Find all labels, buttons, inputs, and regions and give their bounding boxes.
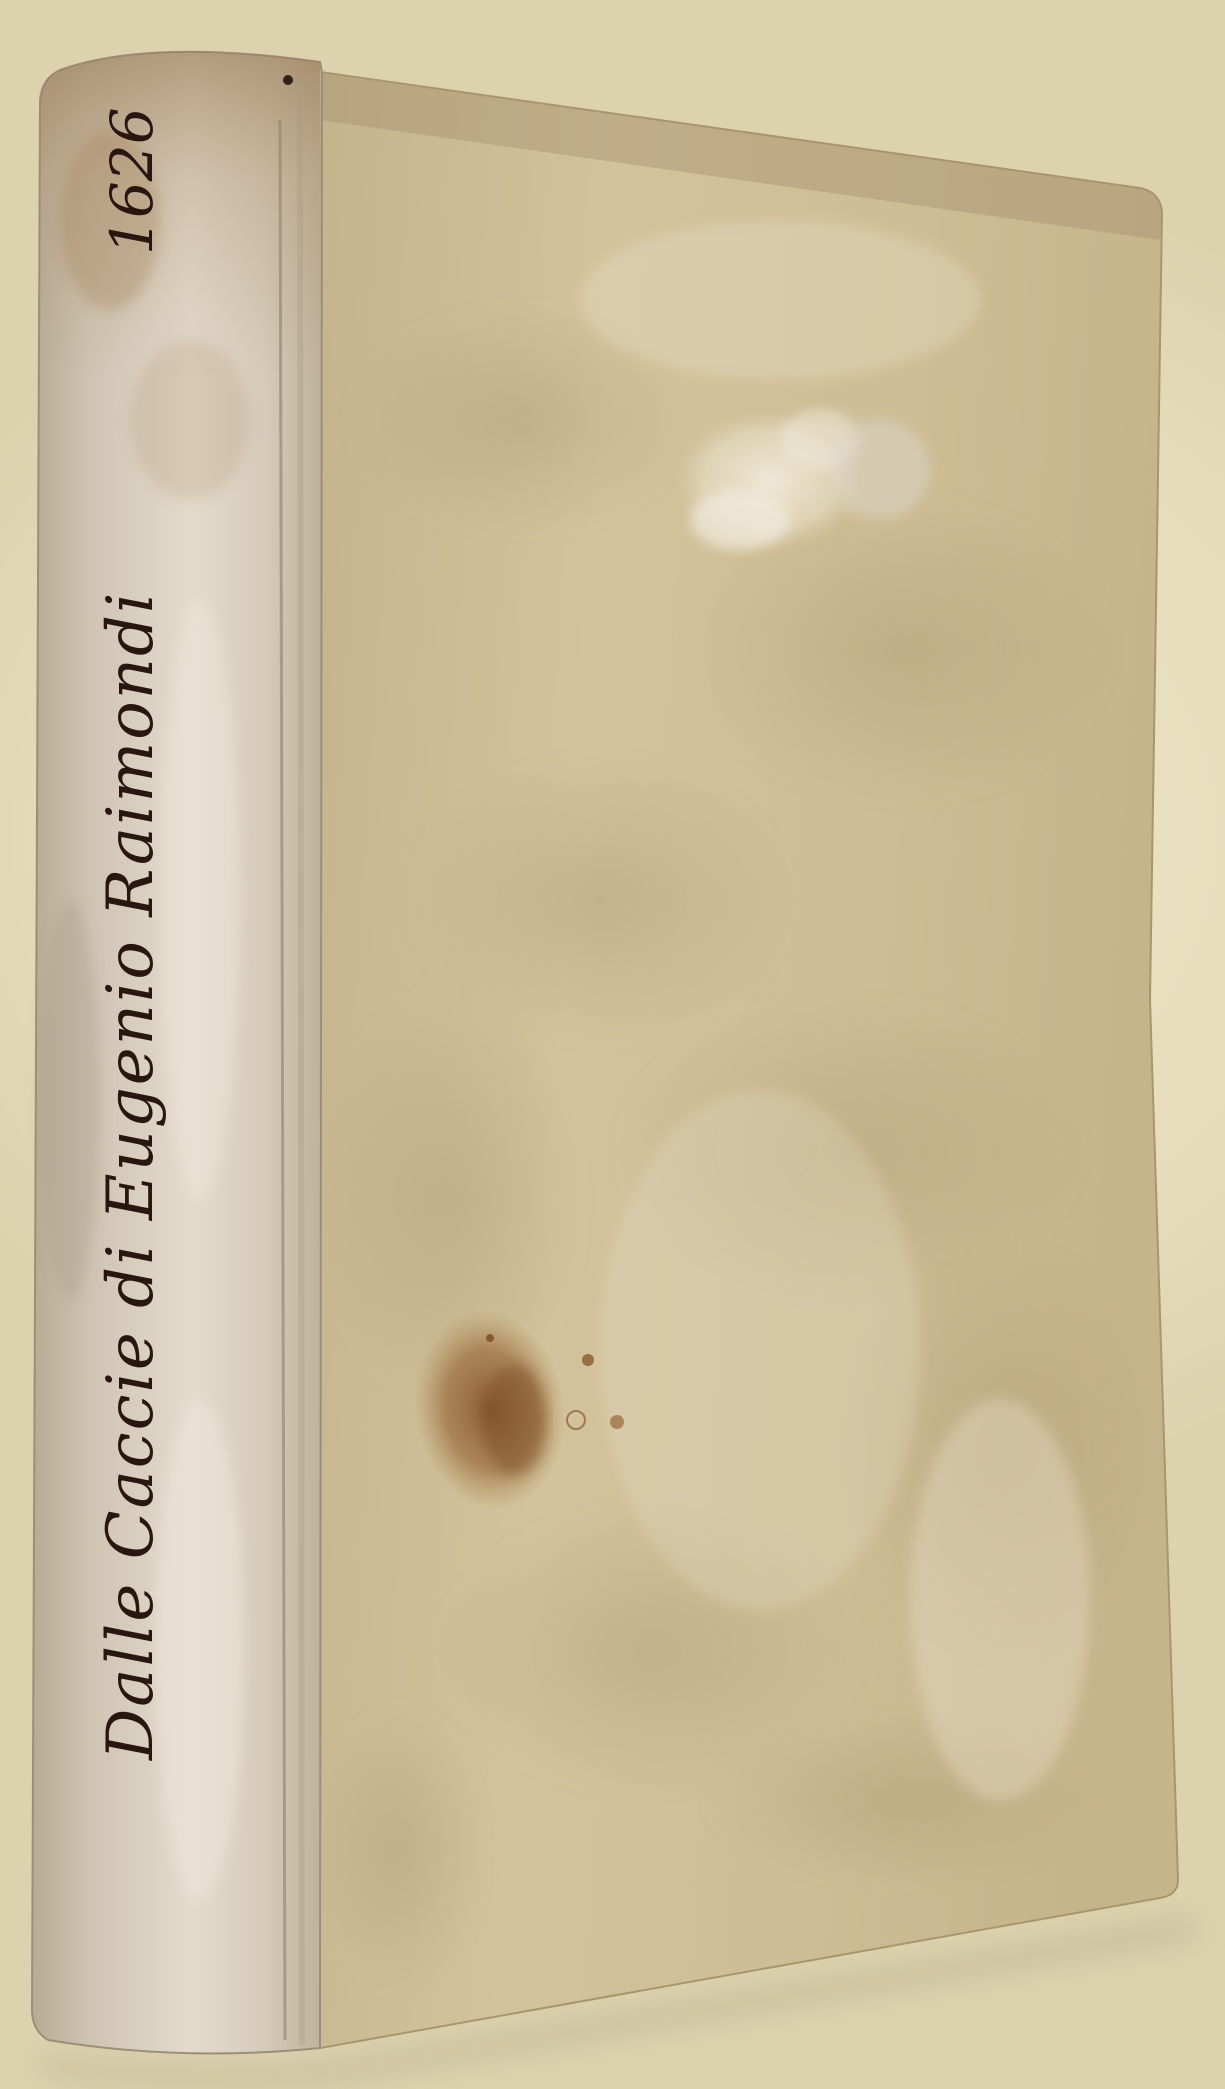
spine-title: Dalle Caccie di Eugenio Raimondi [94,591,168,1761]
spine-year: 1626 [98,107,166,255]
spine-dark-mark [283,75,293,85]
spine-hinge [300,80,302,2045]
book: Dalle Caccie di Eugenio Raimondi 1626 [0,0,1225,2089]
spine-year-text: 1626 [98,107,166,255]
spine-title-text: Dalle Caccie di Eugenio Raimondi [94,591,168,1761]
